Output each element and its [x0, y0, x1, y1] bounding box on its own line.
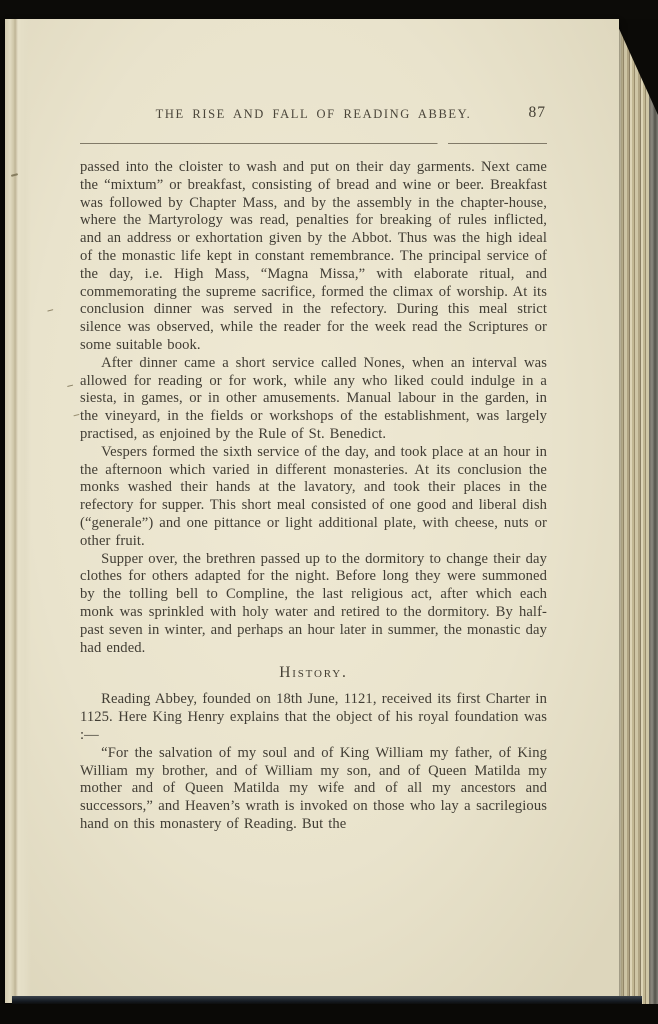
paragraph: Reading Abbey, founded on 18th June, 112… [80, 691, 547, 744]
page-number: 87 [529, 104, 547, 122]
book-page: THE RISE AND FALL OF READING ABBEY. 87 p… [5, 19, 619, 1003]
running-header: THE RISE AND FALL OF READING ABBEY. 87 [80, 107, 547, 124]
paragraph: After dinner came a short service called… [80, 355, 547, 444]
page-body: passed into the cloister to wash and put… [80, 159, 547, 834]
running-header-title: THE RISE AND FALL OF READING ABBEY. [156, 107, 472, 122]
fore-edge-gray-strip [649, 19, 658, 1005]
paragraph: passed into the cloister to wash and put… [80, 159, 547, 355]
header-rule [80, 143, 547, 144]
background-band-bottom [0, 1004, 658, 1024]
paragraph: “For the salvation of my soul and of Kin… [80, 745, 547, 834]
book-photo: THE RISE AND FALL OF READING ABBEY. 87 p… [0, 0, 658, 1024]
paragraph: Vespers formed the sixth service of the … [80, 444, 547, 551]
page-content: THE RISE AND FALL OF READING ABBEY. 87 p… [5, 19, 619, 834]
section-heading: History. [80, 664, 547, 682]
paragraph: Supper over, the brethren passed up to t… [80, 551, 547, 658]
background-band-top [0, 0, 658, 19]
book-fore-edge [619, 19, 658, 1005]
fore-edge-corner-shadow [619, 19, 658, 115]
